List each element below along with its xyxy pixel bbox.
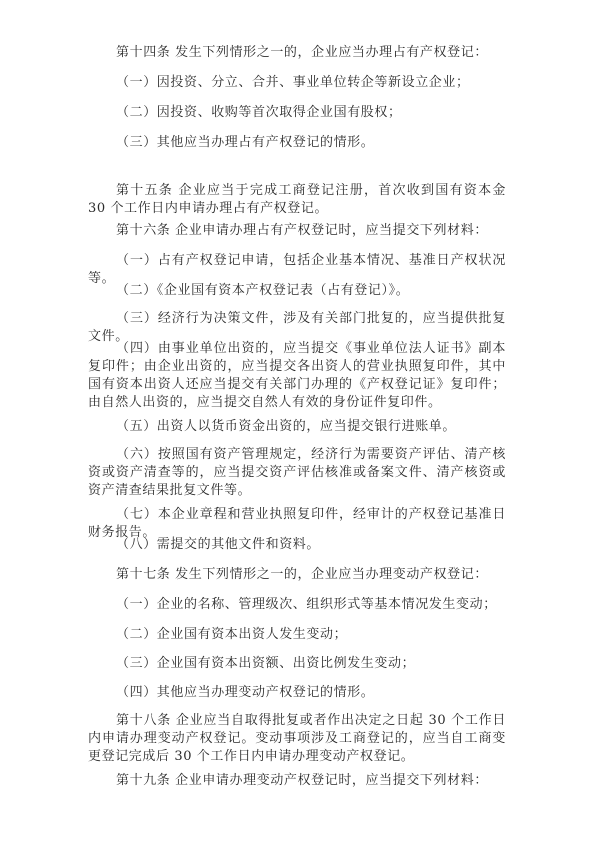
article-19: 第十九条 企业申请办理变动产权登记时，应当提交下列材料： [88,772,506,790]
article-16-item-6: （六）按照国有资产管理规定，经济行为需要资产评估、清产核资或资产清查等的，应当提… [88,446,506,500]
article-14-item-3: （三）其他应当办理占有产权登记的情形。 [88,134,506,152]
article-17-item-1: （一）企业的名称、管理级次、组织形式等基本情况发生变动； [88,596,506,614]
article-14-item-1: （一）因投资、分立、合并、事业单位转企等新设立企业； [88,74,506,92]
article-16: 第十六条 企业申请办理占有产权登记时，应当提交下列材料： [88,222,506,240]
article-18: 第十八条 企业应当自取得批复或者作出决定之日起 30 个工作日内申请办理变动产权… [88,712,506,766]
article-14: 第十四条 发生下列情形之一的，企业应当办理占有产权登记： [88,44,506,62]
article-17-item-2: （二）企业国有资本出资人发生变动； [88,626,506,644]
article-17-item-4: （四）其他应当办理变动产权登记的情形。 [88,684,506,702]
article-15: 第十五条 企业应当于完成工商登记注册，首次收到国有资本金 30 个工作日内申请办… [88,182,506,218]
article-14-item-2: （二）因投资、收购等首次取得企业国有股权； [88,104,506,122]
article-16-item-4: （四）由事业单位出资的，应当提交《事业单位法人证书》副本复印件；由企业出资的，应… [88,340,506,412]
article-17-item-3: （三）企业国有资本出资额、出资比例发生变动； [88,655,506,673]
article-16-item-5: （五）出资人以货币资金出资的，应当提交银行进账单。 [88,418,506,436]
article-16-item-8: （八）需提交的其他文件和资料。 [88,536,506,554]
article-16-item-2: （二）《企业国有资本产权登记表（占有登记）》。 [88,282,506,300]
article-17: 第十七条 发生下列情形之一的，企业应当办理变动产权登记： [88,566,506,584]
